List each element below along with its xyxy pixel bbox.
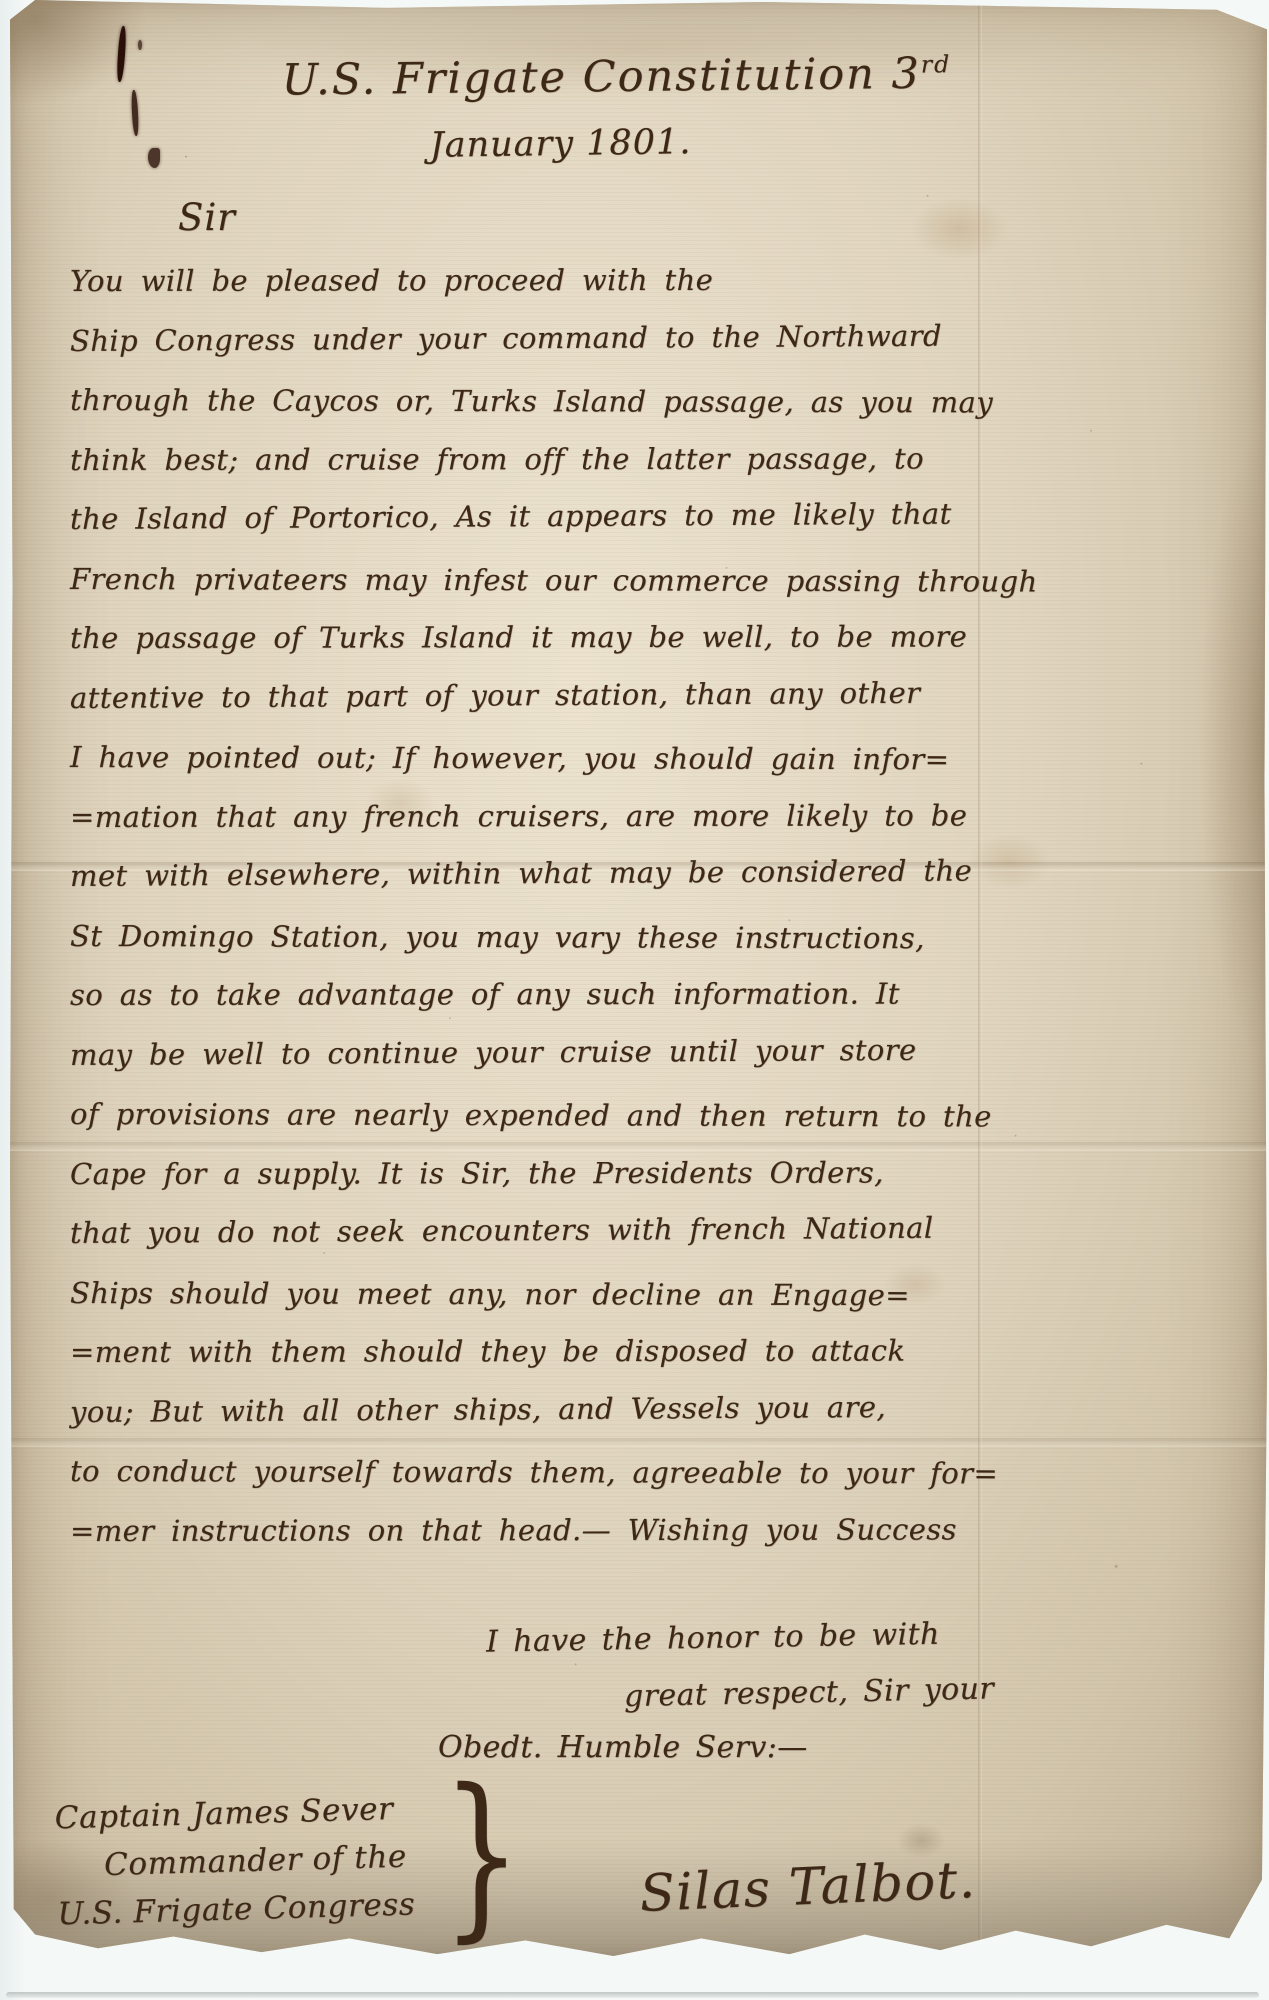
body-line: St Domingo Station, you may vary these i…: [70, 907, 1221, 970]
body-line: I have pointed out; If however, you shou…: [70, 728, 1221, 791]
body-line: through the Caycos or, Turks Island pass…: [70, 371, 1221, 434]
salutation: Sir: [178, 196, 236, 239]
letter-body: You will be pleased to proceed with the …: [70, 252, 1221, 1561]
body-line: Cape for a supply. It is Sir, the Presid…: [70, 1142, 1221, 1204]
body-line: attentive to that part of your station, …: [70, 661, 1221, 728]
body-line: French privateers may infest our commerc…: [70, 550, 1221, 613]
letter-date: January 1801.: [0, 115, 1189, 173]
body-line: you; But with all other ships, and Vesse…: [70, 1375, 1221, 1442]
body-line: Ships should you meet any, nor decline a…: [70, 1264, 1221, 1327]
body-line: =mation that any french cruisers, are mo…: [70, 785, 1221, 847]
signature: Silas Talbot.: [607, 1850, 1009, 1926]
letter-page: U.S. Frigate Constitution 3rd January 18…: [10, 0, 1267, 1958]
body-line: =ment with them should they be disposed …: [70, 1321, 1221, 1383]
body-line: so as to take advantage of any such info…: [70, 964, 1221, 1026]
closing-line: great respect, Sir your: [623, 1661, 1018, 1724]
address-brace: }: [442, 1766, 521, 1944]
closing-line: Obedt. Humble Serv:—: [438, 1720, 1018, 1775]
body-line: the passage of Turks Island it may be we…: [70, 607, 1221, 669]
body-line: may be well to continue your cruise unti…: [70, 1018, 1221, 1085]
body-line: the Island of Portorico, As it appears t…: [70, 483, 1221, 550]
scanned-letter-background: U.S. Frigate Constitution 3rd January 18…: [0, 0, 1269, 2000]
body-line: Ship Congress under your command to the …: [70, 304, 1221, 371]
body-line: of provisions are nearly expended and th…: [70, 1085, 1221, 1148]
body-line: to conduct yourself towards them, agreea…: [70, 1442, 1221, 1505]
closing-line: I have the honor to be with: [486, 1605, 1019, 1669]
body-line: met with elsewhere, within what may be c…: [70, 840, 1221, 907]
body-line: that you do not seek encounters with fre…: [70, 1197, 1221, 1264]
ordinal-suffix: rd: [921, 50, 952, 78]
body-line: think best; and cruise from off the latt…: [70, 428, 1221, 490]
letter-heading: U.S. Frigate Constitution 3rd: [0, 45, 1245, 108]
ink-blot: [138, 40, 142, 50]
closing-block: I have the honor to be with great respec…: [438, 1610, 1018, 1775]
ship-and-day: U.S. Frigate Constitution 3: [281, 49, 921, 106]
body-line: =mer instructions on that head.— Wishing…: [70, 1499, 1221, 1561]
body-line: You will be pleased to proceed with the: [70, 250, 1221, 312]
